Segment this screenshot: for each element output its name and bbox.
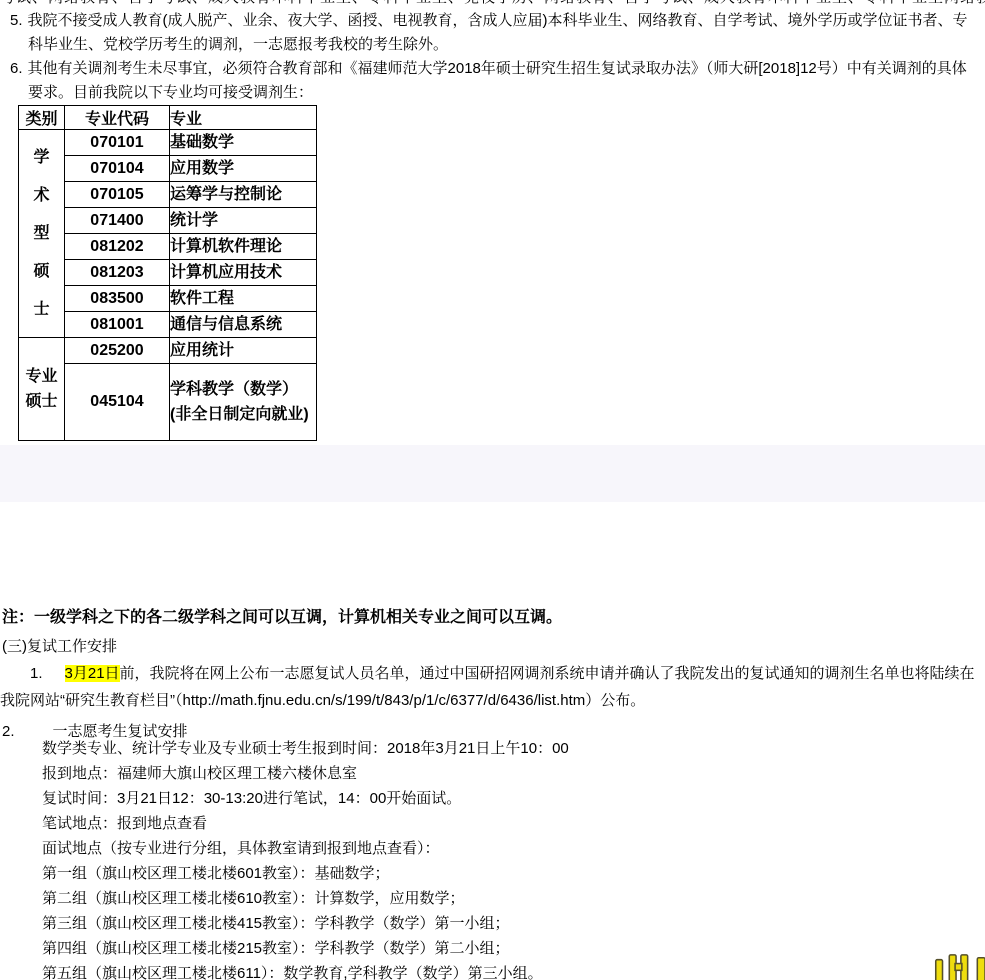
gold-watermark-icon xyxy=(930,951,985,980)
cell-major: 学科教学（数学）(非全日制定向就业) xyxy=(170,364,317,441)
cell-code: 081202 xyxy=(65,234,170,260)
note-line: 注：一级学科之下的各二级学科之间可以互调，计算机相关专业之间可以互调。 xyxy=(2,605,982,630)
category-professional-label: 专业硕士 xyxy=(24,364,59,414)
detail-line-group-5: 第五组（旗山校区理工楼北楼611）：数学教育,学科教学（数学）第三小组。 xyxy=(42,961,982,980)
item-6-text: 其他有关调剂考生未尽事宜，必须符合教育部和《福建师范大学2018年硕士研究生招生… xyxy=(28,60,967,101)
cell-code: 081001 xyxy=(65,312,170,338)
cell-code: 070101 xyxy=(65,130,170,156)
cell-major: 应用统计 xyxy=(170,338,317,364)
cell-code: 025200 xyxy=(65,338,170,364)
cell-code: 081203 xyxy=(65,260,170,286)
cell-major: 通信与信息系统 xyxy=(170,312,317,338)
cell-major: 统计学 xyxy=(170,208,317,234)
cell-code: 045104 xyxy=(65,364,170,441)
cell-code: 070105 xyxy=(65,182,170,208)
cell-code: 070104 xyxy=(65,156,170,182)
cell-code: 071400 xyxy=(65,208,170,234)
highlighted-date: 3月21日 xyxy=(65,665,120,682)
item-1-text: 前，我院将在网上公布一志愿复试人员名单，通过中国研招网调剂系统申请并确认了我院发… xyxy=(0,665,975,709)
intro-items: 5.我院不接受成人教育(成人脱产、业余、夜大学、函授、电视教育，含成人应届)本科… xyxy=(0,9,975,105)
item-5: 5.我院不接受成人教育(成人脱产、业余、夜大学、函授、电视教育，含成人应届)本科… xyxy=(0,9,975,57)
item-2-number: 2. xyxy=(2,723,15,740)
item-5-number: 5. xyxy=(10,12,23,29)
cell-major: 软件工程 xyxy=(170,286,317,312)
header-major-code: 专业代码 xyxy=(65,106,170,130)
clipped-previous-line: 考试、网络教育、自学考试、成人教育本科毕业生、专科毕业生、党校学历、网络教育、自… xyxy=(0,0,985,8)
cell-major: 计算机应用技术 xyxy=(170,260,317,286)
detail-line-reporting-time: 数学类专业、统计学专业及专业硕士考生报到时间：2018年3月21日上午10：00 xyxy=(42,736,982,761)
detail-line-group-4: 第四组（旗山校区理工楼北楼215教室）：学科教学（数学）第二小组； xyxy=(42,936,982,961)
section3-item-1: 1.3月21日前，我院将在网上公布一志愿复试人员名单，通过中国研招网调剂系统申请… xyxy=(0,660,982,714)
majors-table: 类别 专业代码 专业 学术型硕士 070101 基础数学 070104 应用数学… xyxy=(18,105,317,441)
table-row: 专业硕士 025200 应用统计 xyxy=(19,338,317,364)
table-header-row: 类别 专业代码 专业 xyxy=(19,106,317,130)
highlight-band xyxy=(0,445,985,502)
document-page: { "top": { "clipped_line": "考试、网络教育、自学考试… xyxy=(0,0,985,980)
clipped-text: 考试、网络教育、自学考试、成人教育本科毕业生、专科毕业生、党校学历、网络教育、自… xyxy=(0,0,985,7)
item-1-number: 1. xyxy=(30,665,43,682)
category-academic-cell: 学术型硕士 xyxy=(19,130,65,338)
cell-code: 083500 xyxy=(65,286,170,312)
cell-major: 基础数学 xyxy=(170,130,317,156)
detail-line-written-place: 笔试地点：报到地点查看 xyxy=(42,811,982,836)
item-6: 6.其他有关调剂考生未尽事宜，必须符合教育部和《福建师范大学2018年硕士研究生… xyxy=(0,57,975,105)
cell-major: 应用数学 xyxy=(170,156,317,182)
item-6-number: 6. xyxy=(10,60,23,77)
category-professional-cell: 专业硕士 xyxy=(19,338,65,441)
category-academic-label: 学术型硕士 xyxy=(33,139,51,329)
header-category: 类别 xyxy=(19,106,65,130)
detail-line-interview-place: 面试地点（按专业进行分组，具体教室请到报到地点查看）： xyxy=(42,836,982,861)
detail-line-group-1: 第一组（旗山校区理工楼北楼601教室）：基础数学； xyxy=(42,861,982,886)
note-text: 一级学科之下的各二级学科之间可以互调，计算机相关专业之间可以互调。 xyxy=(34,609,562,626)
header-major: 专业 xyxy=(170,106,317,130)
note-label: 注： xyxy=(2,609,34,626)
detail-line-reporting-place: 报到地点：福建师大旗山校区理工楼六楼休息室 xyxy=(42,761,982,786)
detail-line-reexam-time: 复试时间：3月21日12：30-13:20进行笔试，14：00开始面试。 xyxy=(42,786,982,811)
item-5-text: 我院不接受成人教育(成人脱产、业余、夜大学、函授、电视教育，含成人应届)本科毕业… xyxy=(28,12,968,53)
section3-heading: (三)复试工作安排 xyxy=(2,634,982,659)
majors-table-wrap: 类别 专业代码 专业 学术型硕士 070101 基础数学 070104 应用数学… xyxy=(18,105,317,441)
detail-line-group-2: 第二组（旗山校区理工楼北楼610教室）：计算数学，应用数学； xyxy=(42,886,982,911)
detail-line-group-3: 第三组（旗山校区理工楼北楼415教室）：学科教学（数学）第一小组； xyxy=(42,911,982,936)
reexam-details: 数学类专业、统计学专业及专业硕士考生报到时间：2018年3月21日上午10：00… xyxy=(42,736,982,980)
cell-major: 计算机软件理论 xyxy=(170,234,317,260)
cell-major: 运筹学与控制论 xyxy=(170,182,317,208)
table-row: 学术型硕士 070101 基础数学 xyxy=(19,130,317,156)
